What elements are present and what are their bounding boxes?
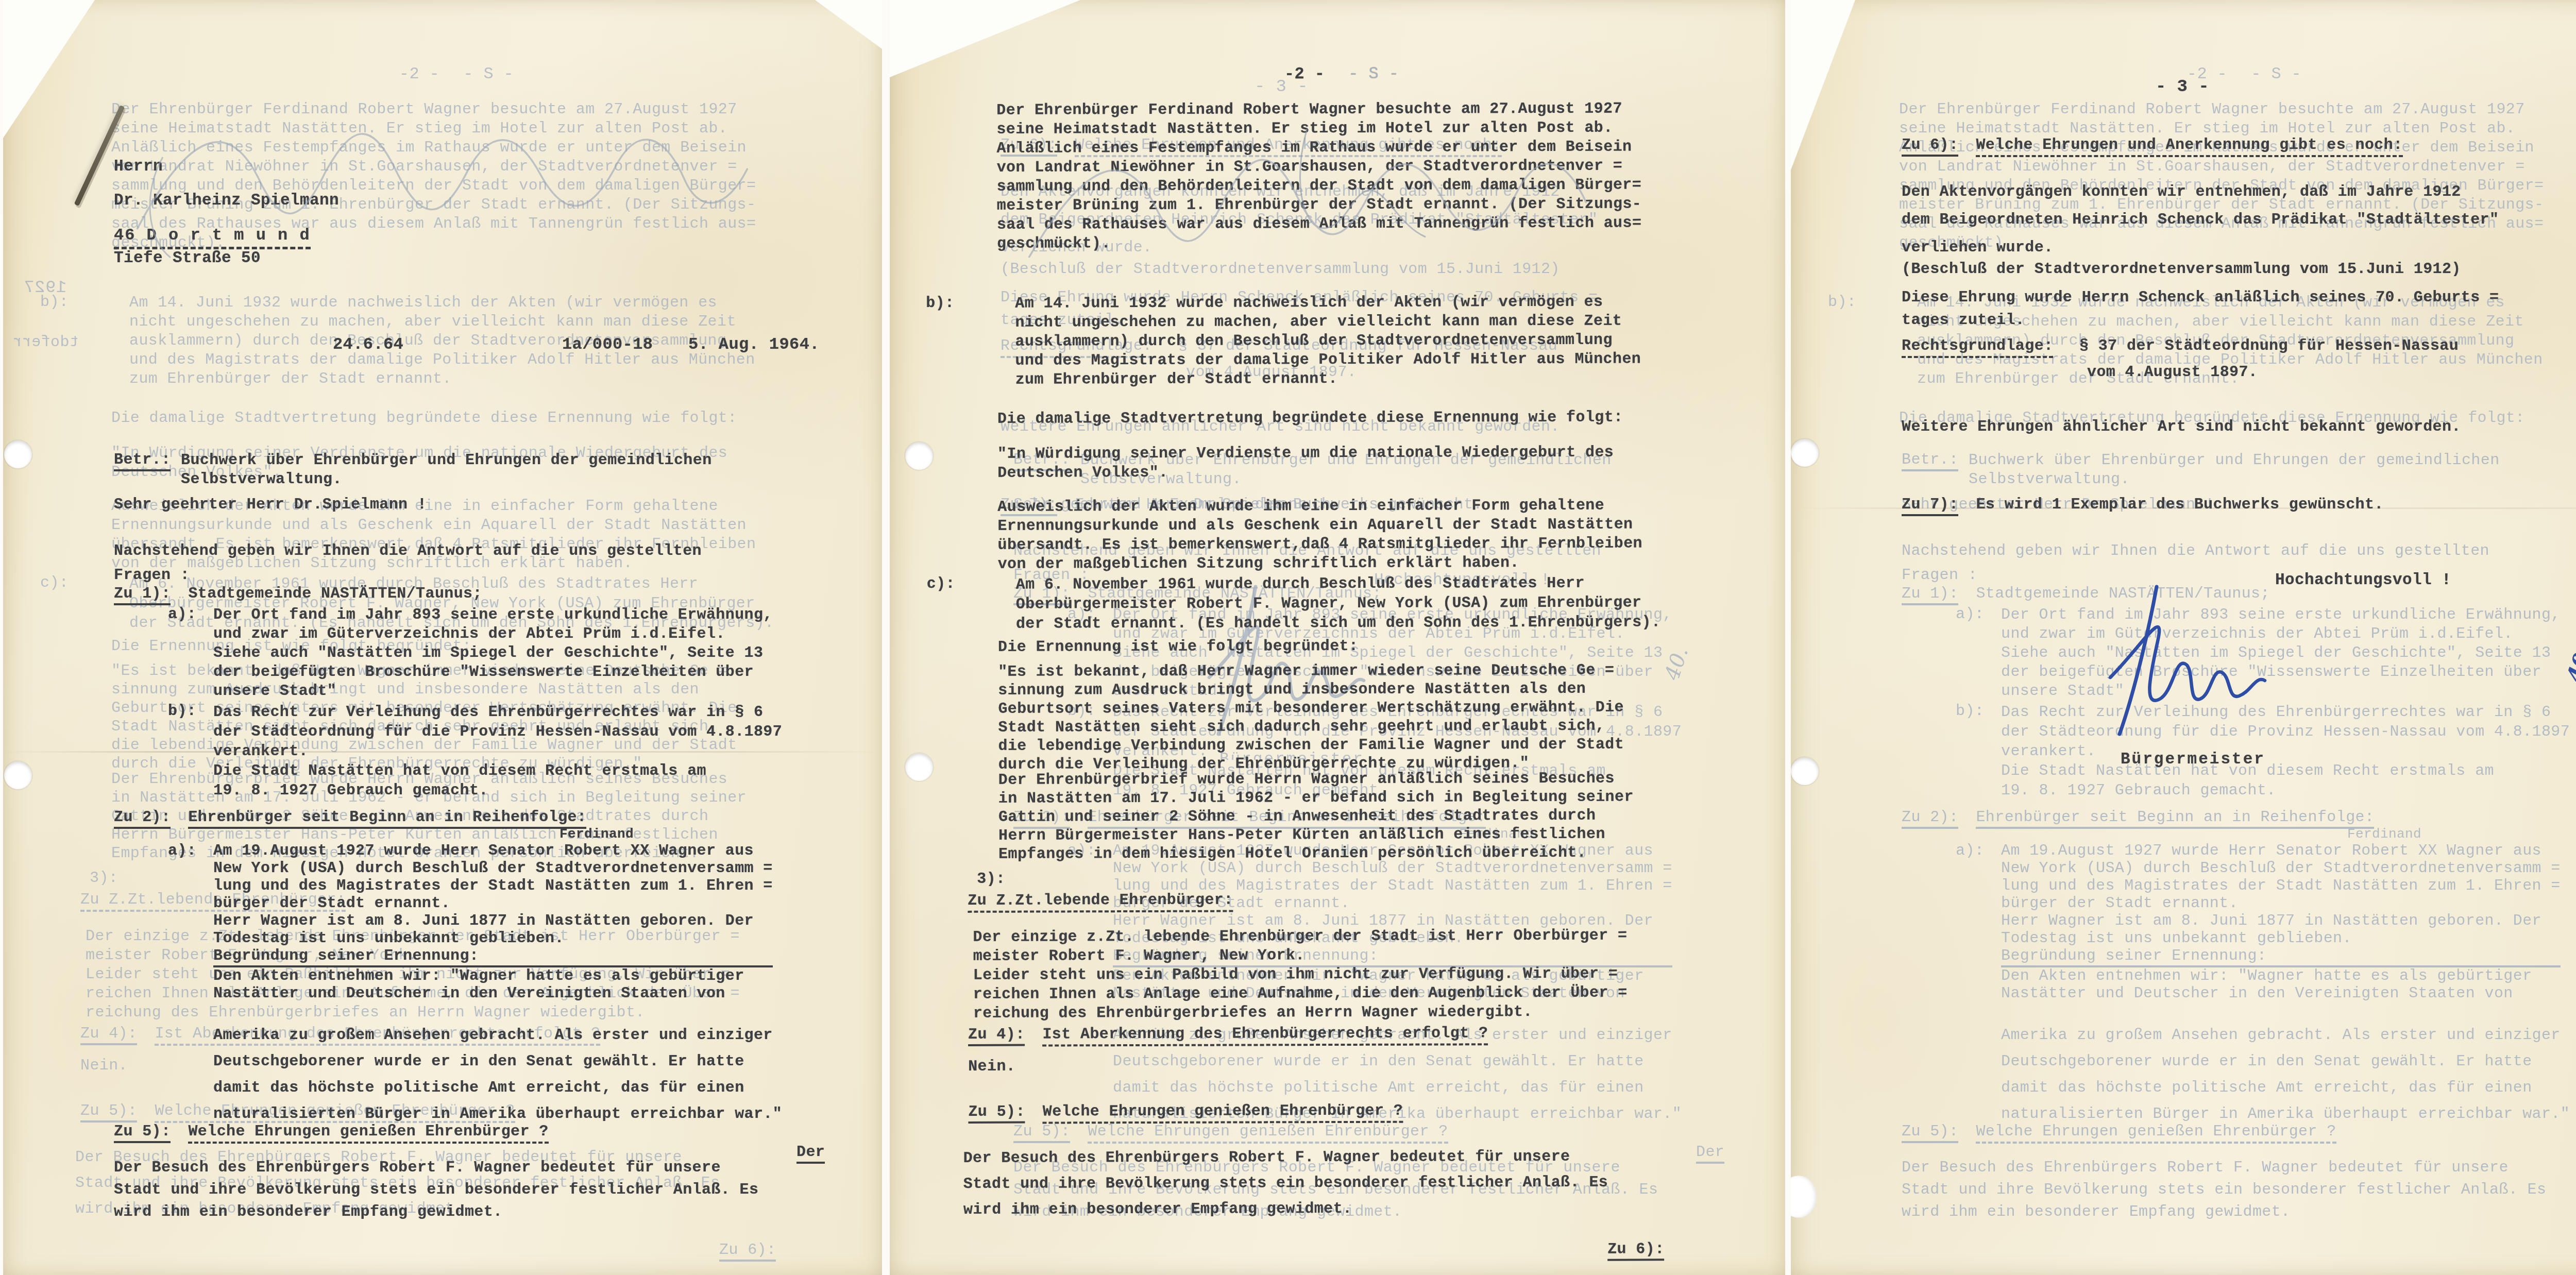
text-line: damit das höchste politische Amt erreich… xyxy=(213,1075,782,1101)
question-7-label: Zu 7): xyxy=(1902,496,1958,516)
punch-hole xyxy=(4,761,32,789)
text-line: wird ihm ein besonderer Empfang gewidmet… xyxy=(114,1201,758,1223)
text-line: Der Ort fand im Jahr 893 seine erste urk… xyxy=(213,606,773,625)
punch-hole xyxy=(4,440,32,468)
text-line: von der maßgeblichen Sitzung schriftlich… xyxy=(998,553,1642,574)
text-line: Stadt und ihre Bevölkerung stets ein bes… xyxy=(114,1179,758,1201)
deed-lines: Ausweislich der Akten wurde ihm eine in … xyxy=(997,496,1642,574)
justification2-intro: Die Ernennung ist wie folgt begründet: xyxy=(998,638,1358,656)
catchword: Der xyxy=(796,1144,825,1161)
justification-intro: Die damalige Stadtvertretung begründete … xyxy=(997,409,1623,428)
text-line: unsere Stadt" xyxy=(213,682,773,701)
closing-formula: Hochachtungsvoll ! xyxy=(2275,571,2451,589)
page-3: -2 -- S - Der Ehrenbürger Ferdinand Robe… xyxy=(1791,0,2576,1275)
text-line: Nastätter und Deutscher in den Vereinigt… xyxy=(213,985,773,1002)
catchword-text: Der xyxy=(796,1144,825,1164)
text-line: wird ihm ein besonderer Empfang gewidmet… xyxy=(963,1196,1608,1223)
question-5-label: Zu 5): xyxy=(968,1103,1025,1124)
question-6: Zu 6):Welche Ehrungen und Anerkennung gi… xyxy=(1902,137,2403,154)
question-5-title: Welche Ehrungen genießen Ehrenbürger ? xyxy=(1043,1102,1403,1124)
item-a-label: a): xyxy=(168,606,196,623)
text-line: Herrn Bürgermeister Hans-Peter Kürten an… xyxy=(998,825,1634,845)
text-line: Der einzige z.Zt. lebende Ehrenbürger de… xyxy=(973,927,1627,947)
text-line: und zwar im Güterverzeichnis der Abtei P… xyxy=(213,625,773,644)
legal-basis-label: Rechtsgrundlage: xyxy=(1902,337,2053,355)
paper-crease xyxy=(1791,507,2576,509)
item-b-lines: Am 14. Juni 1932 wurde nachweislich der … xyxy=(1015,293,1641,389)
question-5: Zu 5):Welche Ehrungen genießen Ehrenbürg… xyxy=(114,1123,549,1141)
text-line: Geburtsort seines Vaters mit besonderer … xyxy=(998,699,1624,719)
pencil-squiggle xyxy=(1019,113,1678,299)
text-line: und des Magistrats der damalige Politike… xyxy=(1015,350,1641,370)
quote-1: "In Würdigung seiner Verdienste um die n… xyxy=(997,444,1614,483)
question-7-text: Es wird 1 Exemplar des Buchwerks gewünsc… xyxy=(1976,496,2383,514)
text-line: nicht ungeschehen zu machen, aber vielle… xyxy=(1015,312,1641,332)
text-line: bürger der Stadt ernannt. xyxy=(213,895,773,912)
text-line: der Städteordnung für die Provinz Hessen… xyxy=(213,722,782,742)
text-line: Selbstverwaltung. xyxy=(181,470,712,489)
answer-6-lines-2: Diese Ehrung wurde Herrn Schenck anläßli… xyxy=(1902,286,2499,332)
question-1: Zu 1):Stadtgemeinde NASTÄTTEN/Taunus; xyxy=(114,585,482,603)
item-b-label: b): xyxy=(926,295,954,312)
answer-2a-lines-wide: Amerika zu großem Ansehen gebracht. Als … xyxy=(213,1023,782,1128)
stamp-received-date: 24.6.64 xyxy=(333,335,403,354)
brief-lines: Der Ehrenbürgerbrief wurde Herrn Wagner … xyxy=(998,769,1634,863)
text-line: verliehen wurde. xyxy=(1902,234,2499,262)
text-line: Leider steht uns ein Paßbild von ihm nic… xyxy=(973,965,1628,985)
page-number-text: -2 - xyxy=(1284,64,1325,83)
text-line: Ausweislich der Akten wurde ihm eine in … xyxy=(997,496,1642,517)
answer-1a-lines: Der Ort fand im Jahr 893 seine erste urk… xyxy=(213,606,773,701)
text-line: Herr Wagner ist am 8. Juni 1877 in Nastä… xyxy=(213,912,773,930)
text-line: Buchwerk über Ehrenbürger und Ehrungen d… xyxy=(181,451,712,470)
answer-6-lines: Den Aktenvorgängen konnten wir entnehmen… xyxy=(1902,178,2499,262)
page-number-ghost: - S - xyxy=(1348,64,1399,83)
question-4: Zu 4):Ist Aberkennung des Ehrenbürgerrec… xyxy=(968,1025,1488,1044)
page-number: - 3 - xyxy=(1791,77,2574,97)
scanned-document: -2 -- S - Der Ehrenbürger Ferdinand Robe… xyxy=(0,0,2576,1275)
handwritten-annotation: 40. xyxy=(2561,652,2576,676)
insertion-correction: Ferdinand xyxy=(560,826,634,842)
text-line: Stadt und ihre Bevölkerung stets ein bes… xyxy=(963,1170,1608,1197)
intro-line-2: Fragen : xyxy=(114,567,190,584)
subject-label: Betr.: xyxy=(114,451,171,469)
punch-hole xyxy=(1791,439,1819,467)
question-6-title: Welche Ehrungen und Anerkennung gibt es … xyxy=(1976,137,2402,157)
legal-basis-label-text: Rechtsgrundlage: xyxy=(1902,337,2053,358)
text-line: ausklammern) durch den Beschluß der Stad… xyxy=(1015,331,1641,351)
text-line: Amerika zu großem Ansehen gebracht. Als … xyxy=(213,1023,782,1049)
item-c-lines: Am 6. November 1961 wurde durch Beschluß… xyxy=(1016,573,1661,634)
question-1-label: Zu 1): xyxy=(114,585,171,605)
item-b-label: b): xyxy=(168,703,196,720)
stamp-file-number: 1a/000-18 xyxy=(562,335,653,354)
text-line: tages zuteil. xyxy=(1902,309,2499,332)
page-2: - 3 - Zu 6):Welche Ehrungen und Anerkenn… xyxy=(890,0,1785,1275)
text-line: Der Besuch des Ehrenbürgers Robert F. Wa… xyxy=(114,1157,758,1179)
punch-hole xyxy=(905,753,933,781)
salutation: Sehr geehrter Herr Dr.Spielmann ! xyxy=(114,496,427,514)
text-line: meister Robert F. Wagner, New York. xyxy=(973,946,1628,966)
text-line: reichung des Ehrenbürgerbriefes an Herrn… xyxy=(973,1003,1628,1024)
text-line: Der Ehrenbürgerbrief wurde Herrn Wagner … xyxy=(998,769,1634,789)
answer-5-lines: Der Besuch des Ehrenbürgers Robert F. Wa… xyxy=(963,1144,1608,1223)
text-line: Den Akten entnehmen wir: "Wagner hatte e… xyxy=(213,967,773,985)
answer-5-lines: Der Besuch des Ehrenbürgers Robert F. Wa… xyxy=(114,1157,758,1223)
text-line: New York (USA) durch Beschluß der Stadtv… xyxy=(213,860,773,877)
handwritten-annotation-text: 40. xyxy=(2562,643,2576,685)
text-line: Empfanges in dem hiesigen Hotel Oranien … xyxy=(998,843,1634,863)
text-line: Stadt Nastätten sieht sich dadurch sehr … xyxy=(998,717,1624,737)
signer-role: Bürgermeister xyxy=(2121,751,2265,769)
question-5: Zu 5):Welche Ehrungen genießen Ehrenbürg… xyxy=(968,1102,1403,1121)
text-line: Oberbürgermeister Robert F. Wagner, New … xyxy=(1016,593,1661,614)
text-line: Gattin und seiner 2 Söhne - in Anwesenhe… xyxy=(998,806,1634,826)
question-1-title: Stadtgemeinde NASTÄTTEN/Taunus; xyxy=(188,585,482,603)
text-line: Der Besuch des Ehrenbürgers Robert F. Wa… xyxy=(963,1144,1608,1171)
answer-2a-lines: Am 19.August 1927 wurde Herr Senator Rob… xyxy=(213,842,773,1002)
punch-hole xyxy=(905,442,933,470)
legal-basis-line-2: vom 4.August 1897. xyxy=(2087,364,2258,381)
question-4-label: Zu 4): xyxy=(968,1026,1025,1046)
question-3-title-text: Zu Z.Zt.lebende Ehrenbürger: xyxy=(968,892,1233,913)
question-4-answer: Nein. xyxy=(968,1058,1015,1076)
text-line: Das Recht zur Verleihung des Ehrenbürger… xyxy=(213,703,782,722)
pencil-squiggle xyxy=(127,95,807,260)
text-line: in Nastätten am 17. Juli 1962 - er befan… xyxy=(998,788,1634,808)
text-line: lung und des Magistrates der Stadt Nastä… xyxy=(213,877,773,895)
paper-crease xyxy=(3,751,882,753)
legal-basis-line-1: § 37 der Städteordnung für Hessen-Nassau xyxy=(2079,337,2459,355)
question-4-title: Ist Aberkennung des Ehrenbürgerrechts er… xyxy=(1042,1025,1488,1046)
page-number: -2 -- S - xyxy=(890,63,1785,85)
text-line: Am 19.August 1927 wurde Herr Senator Rob… xyxy=(213,842,773,860)
text-line: Deutschgeborener wurde er in den Senat g… xyxy=(213,1049,782,1075)
question-3-title: Zu Z.Zt.lebende Ehrenbürger: xyxy=(968,892,1233,910)
text-line: der beigefügten Broschüre "Wissenswerte … xyxy=(213,663,773,682)
signature xyxy=(2079,580,2275,750)
question-3-label: 3): xyxy=(977,871,1005,888)
text-line: dem Beigeordneten Heinrich Schenck das P… xyxy=(1902,206,2499,234)
stamp-reply-date: 5. Aug. 1964. xyxy=(688,335,820,354)
text-line: Diese Ehrung wurde Herrn Schenck anläßli… xyxy=(1902,286,2499,309)
text-line: Die Stadt Nastätten hat von diesem Recht… xyxy=(213,761,782,781)
question-5-title: Welche Ehrungen genießen Ehrenbürger ? xyxy=(188,1123,548,1144)
resolution-note: (Beschluß der Stadtverordnetenversammlun… xyxy=(1902,261,2461,278)
question-7: Zu 7):Es wird 1 Exemplar des Buchwerks g… xyxy=(1902,496,2384,514)
item-c-label: c): xyxy=(927,575,955,593)
typed-text-layer: - 3 - Zu 6):Welche Ehrungen und Anerkenn… xyxy=(1791,0,2576,1275)
question-2-label: Zu 2): xyxy=(114,809,171,829)
text-line: Den Aktenvorgängen konnten wir entnehmen… xyxy=(1902,178,2499,206)
catchword-next-text: Zu 6): xyxy=(1607,1240,1665,1261)
intro-line: Nachstehend geben wir Ihnen die Antwort … xyxy=(114,542,702,560)
punch-hole xyxy=(1791,757,1819,785)
text-line: sinnung zum Ausdruck bringt und insbeson… xyxy=(998,680,1624,700)
item-a2-label: a): xyxy=(168,842,196,860)
text-line: Am 6. November 1961 wurde durch Beschluß… xyxy=(1016,573,1661,594)
question-5-label: Zu 5): xyxy=(114,1123,171,1143)
subject-label-text: Betr.: xyxy=(114,451,171,471)
text-line: der Stadt ernannt. (Es handelt sich um d… xyxy=(1016,613,1661,634)
text-line: Ernennungsurkunde und als Geschenk ein A… xyxy=(997,515,1642,536)
question-2-title: Ehrenbürger seit Beginn an in Reihenfolg… xyxy=(188,809,586,829)
further-honors-line: Weitere Ehrungen ähnlicher Art sind nich… xyxy=(1902,418,2461,436)
quote-2: "Es ist bekannt, daß Herr Wagner immer w… xyxy=(998,661,1624,774)
text-line: 19. 8. 1927 Gebrauch gemacht. xyxy=(213,781,782,801)
living-honorary-lines: Der einzige z.Zt. lebende Ehrenbürger de… xyxy=(973,927,1627,966)
page-1: -2 -- S - Der Ehrenbürger Ferdinand Robe… xyxy=(3,0,882,1275)
text-line: Begründung seiner Ernennung: xyxy=(213,947,773,967)
text-line: übersandt. Es ist bemerkenswert,daß 4 Ra… xyxy=(997,534,1642,555)
text-line: "Es ist bekannt, daß Herr Wagner immer w… xyxy=(998,661,1624,682)
text-line: zum Ehrenbürger der Stadt ernannt. xyxy=(1015,369,1641,389)
question-6-label: Zu 6): xyxy=(1902,137,1958,157)
photo-note-lines: Leider steht uns ein Paßbild von ihm nic… xyxy=(973,965,1628,1024)
text-line: die lebendige Verbindung zwischen der Fa… xyxy=(998,736,1624,756)
text-line: Todestag ist uns unbekannt geblieben. xyxy=(213,930,773,947)
text-line: reichen Ihnen als Anlage eine Aufnahme, … xyxy=(973,984,1628,1005)
text-line: Deutschen Volkes". xyxy=(997,463,1614,483)
text-line: "In Würdigung seiner Verdienste um die n… xyxy=(997,444,1614,464)
text-line: Siehe auch "Nastätten im Spiegel der Ges… xyxy=(213,644,773,663)
subject-lines: Buchwerk über Ehrenbürger und Ehrungen d… xyxy=(181,451,712,489)
question-2: Zu 2):Ehrenbürger seit Beginn an in Reih… xyxy=(114,809,586,826)
catchword-next: Zu 6): xyxy=(1607,1240,1665,1258)
